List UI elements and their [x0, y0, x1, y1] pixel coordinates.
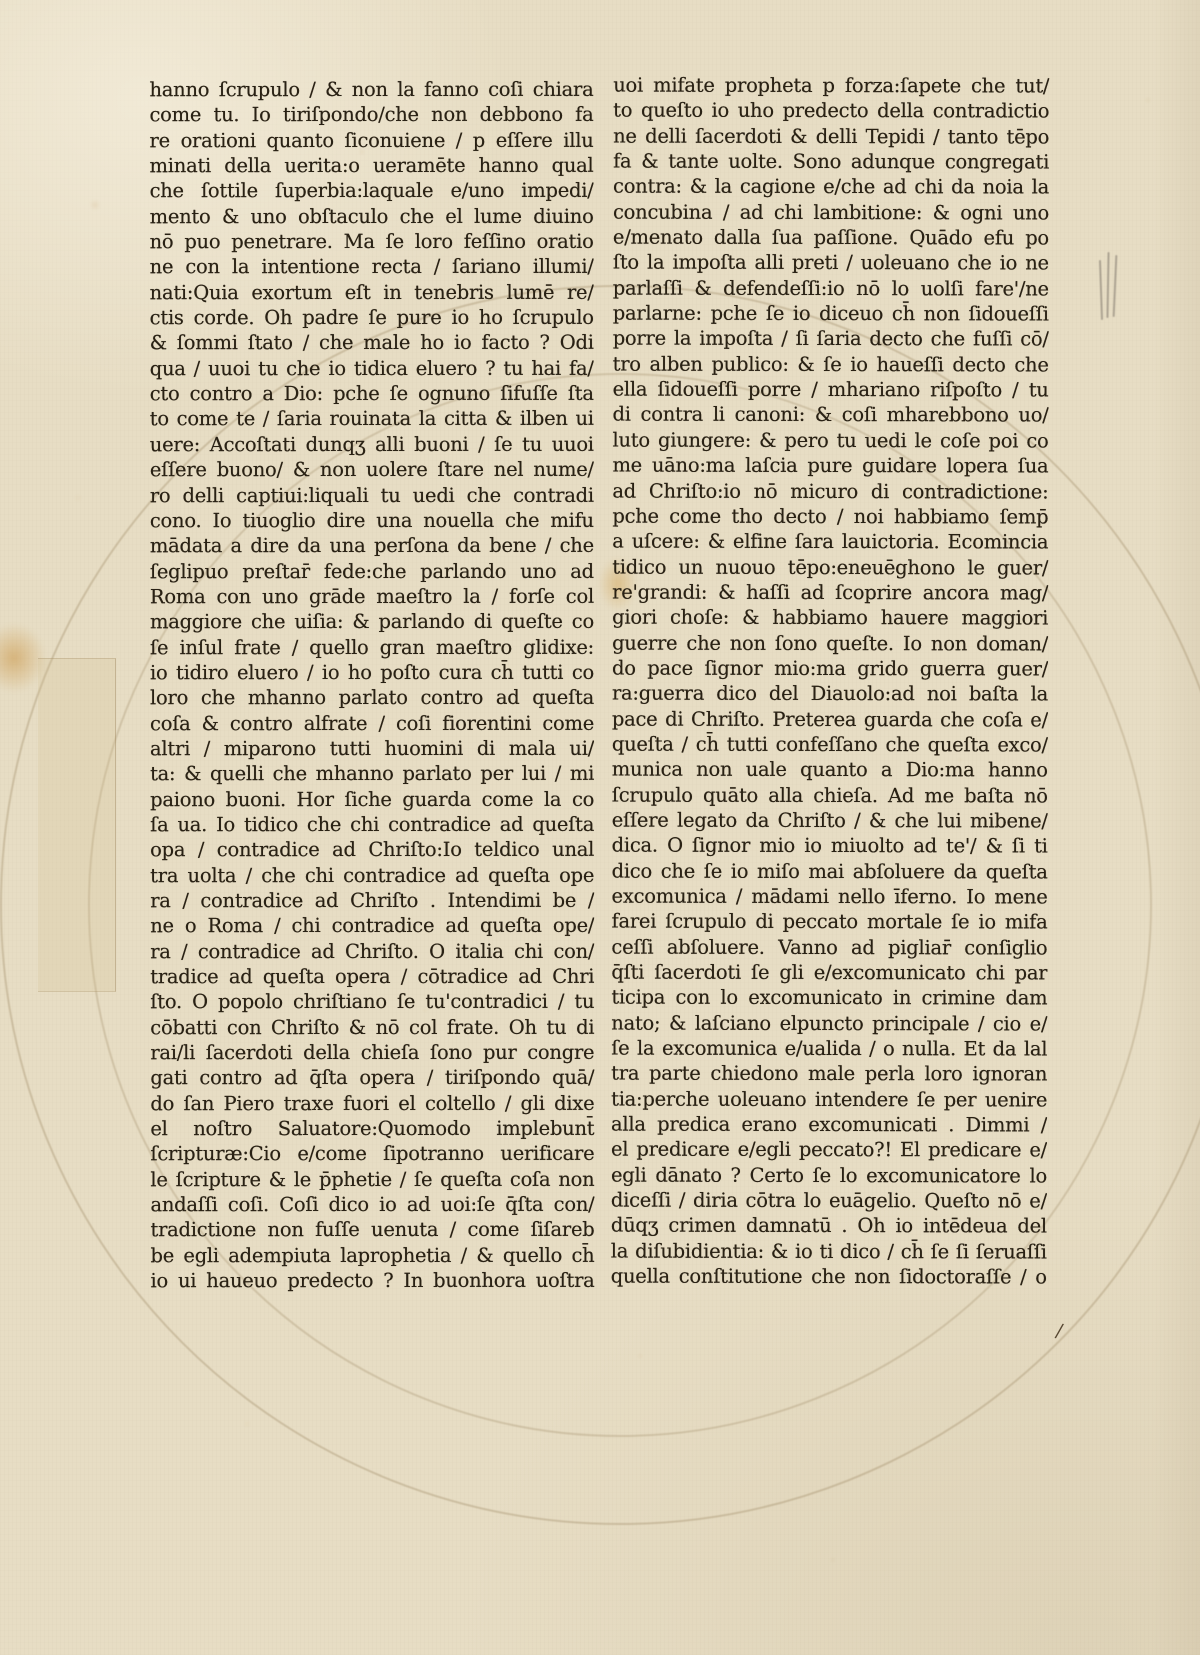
text-line: uere: Accoſtati dunqʒ alli buoni / ſe tu…	[150, 432, 594, 458]
text-line: ſe inſul frate / quello gran maeſtro gli…	[150, 634, 594, 660]
pencil-stroke	[1113, 255, 1118, 317]
text-line: ra:guerra dico del Diauolo:ad noi baſta …	[612, 681, 1048, 707]
text-line: ſe la excomunica e/ualida / o nulla. Et …	[611, 1036, 1047, 1062]
text-line: io tidiro eluero / io ho poſto cura ch̄ …	[150, 660, 594, 686]
text-column-left: hanno ſcrupulo / & non la fanno coſi chi…	[149, 77, 594, 1294]
text-line: mādata a dire da una perſona da bene / c…	[150, 533, 594, 559]
text-line: Roma con uno grāde maeſtro la / forſe co…	[150, 584, 594, 610]
text-line: ella ſidoueſſi porre / mhariano riſpoſto…	[613, 377, 1049, 403]
text-line: porre la impoſta / ſi ſaria decto che fu…	[613, 326, 1049, 352]
pencil-stroke	[1106, 252, 1109, 318]
text-line: ſto. O popolo chriſtiano ſe tu'contradic…	[150, 989, 594, 1015]
text-line: altri / miparono tutti huomini di mala u…	[150, 736, 594, 762]
text-line: alla predica erano excomunicati . Dimmi …	[611, 1112, 1047, 1138]
text-line: quella conſtitutione che non ſidoctoraſſ…	[611, 1264, 1047, 1290]
text-line: q̄ſti ſacerdoti ſe gli e/excomunicato ch…	[611, 960, 1047, 986]
text-line: rai/li ſacerdoti della chieſa ſono pur c…	[150, 1040, 594, 1066]
text-line: giori choſe: & habbiamo hauere maggiori	[612, 605, 1048, 631]
text-line: ad Chriſto:io nō micuro di contradiction…	[612, 478, 1048, 504]
text-line: guerre che non ſono queſte. Io non doman…	[612, 630, 1048, 656]
text-line: re orationi quanto ſiconuiene / p eſſere…	[150, 127, 594, 153]
text-line: tradictione non fuſſe uenuta / come ſiſa…	[150, 1217, 594, 1243]
pencil-stroke	[1099, 260, 1103, 320]
text-line: cto contro a Dio: pche ſe ognuno ſifuſſe…	[150, 381, 594, 407]
text-line: tidico un nuouo tēpo:eneuēghono le guer/	[612, 554, 1048, 580]
text-line: contra: & la cagione e/che ad chi da noi…	[613, 174, 1049, 200]
text-line: re'grandi: & haſſi ad ſcoprire ancora ma…	[612, 579, 1048, 605]
text-line: cōbatti con Chriſto & nō col frate. Oh t…	[150, 1015, 594, 1041]
text-line: el predicare e/egli peccato?! El predica…	[611, 1137, 1047, 1163]
text-line: ſcripturæ:Cio e/come ſipotranno uerifica…	[150, 1141, 594, 1167]
ink-margin-mark: ∕	[1054, 1320, 1065, 1343]
text-line: tia:perche uoleuano intendere ſe per uen…	[611, 1086, 1047, 1112]
text-line: do pace ſignor mio:ma grido guerra guer/	[612, 655, 1048, 681]
text-line: ra / contradice ad Chriſto. O italia chi…	[150, 938, 594, 964]
text-line: tradice ad queſta opera / cōtradice ad C…	[150, 964, 594, 990]
text-line: opa / contradice ad Chriſto:Io teldico u…	[150, 837, 594, 863]
foxing-blotch-left	[0, 610, 58, 706]
text-line: ſto la impoſta alli preti / uoleuano che…	[613, 250, 1049, 276]
text-line: me uāno:ma laſcia pure guidare lopera ſu…	[612, 453, 1048, 479]
text-line: cono. Io tiuoglio dire una nouella che m…	[150, 508, 594, 534]
text-line: to queſto io uho predecto della contradi…	[613, 98, 1049, 124]
text-line: queſta / ch̄ tutti confeſſano che queſta…	[612, 731, 1048, 757]
text-line: dūqʒ crimen damnatū . Oh io intēdeua del	[611, 1213, 1047, 1239]
text-line: pche come tho decto / noi habbiamo ſemp̄	[612, 503, 1048, 529]
text-line: tra uolta / che chi contradice ad queſta…	[150, 862, 594, 888]
pencil-margin-mark	[1100, 252, 1116, 320]
text-line: di contra li canoni: & coſi mharebbono u…	[613, 402, 1049, 428]
text-line: ſeglipuo preſtar̄ fede:che parlando uno …	[150, 558, 594, 584]
text-line: nati:Quia exortum eſt in tenebris lumē r…	[150, 280, 594, 306]
text-line: ceſſi abſoluere. Vanno ad pigliar̄ conſi…	[611, 934, 1047, 960]
text-line: gati contro ad q̄ſta opera / tiriſpondo …	[150, 1065, 594, 1091]
text-line: diceſſi / diria cōtra lo euāgelio. Queſt…	[611, 1188, 1047, 1214]
text-line: minati della uerita:o ueramēte hanno qua…	[150, 153, 594, 179]
text-line: maggiore che uiſia: & parlando di queſte…	[150, 609, 594, 635]
text-line: uoi mifate propheta p forza:ſapete che t…	[613, 73, 1049, 99]
text-line: farei ſcrupulo di peccato mortale ſe io …	[611, 909, 1047, 935]
text-line: egli dānato ? Certo ſe lo excomunicatore…	[611, 1162, 1047, 1188]
text-line: qua / uuoi tu che io tidica eluero ? tu …	[150, 356, 594, 382]
text-line: ticipa con lo excomunicato in crimine da…	[611, 985, 1047, 1011]
paper-repair-patch	[38, 658, 116, 992]
text-line: ra / contradice ad Chriſto . Intendimi b…	[150, 888, 594, 914]
text-line: a uſcere: & elfine ſara lauictoria. Ecom…	[612, 529, 1048, 555]
text-line: andaſſi coſi. Coſi dico io ad uoi:ſe q̄ſ…	[150, 1192, 594, 1218]
text-line: coſa & contro alfrate / coſi fiorentini …	[150, 710, 594, 736]
text-line: tro alben publico: & ſe io haueſſi decto…	[613, 351, 1049, 377]
text-line: che ſottile ſuperbia:laquale e/uno imped…	[150, 178, 594, 204]
text-line: to come te / ſaria rouinata la citta & i…	[150, 406, 594, 432]
text-line: el noſtro Saluatore:Quomodo implebunt̄	[150, 1116, 594, 1142]
text-line: ne delli ſacerdoti & delli Tepidi / tant…	[613, 123, 1049, 149]
text-line: eſſere buono/ & non uolere ſtare nel num…	[150, 457, 594, 483]
text-line: hanno ſcrupulo / & non la fanno coſi chi…	[149, 77, 593, 103]
text-column-right: uoi mifate propheta p forza:ſapete che t…	[611, 73, 1050, 1290]
text-line: concubina / ad chi lambitione: & ogni un…	[613, 199, 1049, 225]
text-line: dica. O ſignor mio io miuolto ad te'/ & …	[612, 833, 1048, 859]
text-line: ro delli captiui:liquali tu uedi che con…	[150, 482, 594, 508]
text-line: la diſubidientia: & io ti dico / ch̄ ſe …	[611, 1238, 1047, 1264]
text-line: ne o Roma / chi contradice ad queſta ope…	[150, 913, 594, 939]
text-line: paiono buoni. Hor ſiche guarda come la c…	[150, 786, 594, 812]
text-line: eſſere legato da Chriſto / & che lui mib…	[612, 808, 1048, 834]
text-line: luto giungere: & pero tu uedi le coſe po…	[612, 427, 1048, 453]
text-line: come tu. Io tiriſpondo/che non debbono f…	[149, 102, 593, 128]
text-line: ctis corde. Oh padre ſe pure io ho ſcrup…	[150, 305, 594, 331]
text-line: e/menato dalla ſua paſſione. Quādo efu p…	[613, 225, 1049, 251]
scanned-book-page: ∕ hanno ſcrupulo / & non la fanno coſi c…	[0, 0, 1200, 1655]
text-line: nō puo penetrare. Ma ſe loro feſſino ora…	[150, 229, 594, 255]
text-line: le ſcripture & le p̄phetie / ſe queſta c…	[150, 1167, 594, 1193]
text-line: do ſan Piero traxe fuori el coltello / g…	[150, 1091, 594, 1117]
text-line: pace di Chriſto. Preterea guarda che coſ…	[612, 706, 1048, 732]
text-line: be egli adempiuta laprophetia / & quello…	[150, 1243, 594, 1269]
text-line: mento & uno obſtaculo che el lume diuino	[150, 204, 594, 230]
text-line: ne con la intentione recta / ſariano ill…	[150, 254, 594, 280]
text-line: ſa ua. Io tidico che chi contradice ad q…	[150, 812, 594, 838]
text-line: parlaſſi & defendeſſi:io nō lo uolſi far…	[613, 275, 1049, 301]
text-line: ta: & quelli che mhanno parlato per lui …	[150, 761, 594, 787]
text-line: munica non uale quanto a Dio:ma hanno	[612, 757, 1048, 783]
text-line: fa & tante uolte. Sono adunque congregat…	[613, 149, 1049, 175]
text-line: nato; & laſciano elpuncto principale / c…	[611, 1010, 1047, 1036]
text-line: tra parte chiedono male perla loro ignor…	[611, 1061, 1047, 1087]
text-line: ſcrupulo quāto alla chieſa. Ad me baſta …	[612, 782, 1048, 808]
text-line: & ſommi ſtato / che male ho io facto ? O…	[150, 330, 594, 356]
text-line: loro che mhanno parlato contro ad queſta	[150, 685, 594, 711]
text-line: excomunica / mādami nello īferno. Io men…	[612, 884, 1048, 910]
text-line: io ui haueuo predecto ? In buonhora uoſt…	[151, 1268, 595, 1294]
text-line: parlarne: pche ſe io diceuo ch̄ non ſido…	[613, 301, 1049, 327]
text-line: dico che ſe io miſo mai abſoluere da que…	[612, 858, 1048, 884]
